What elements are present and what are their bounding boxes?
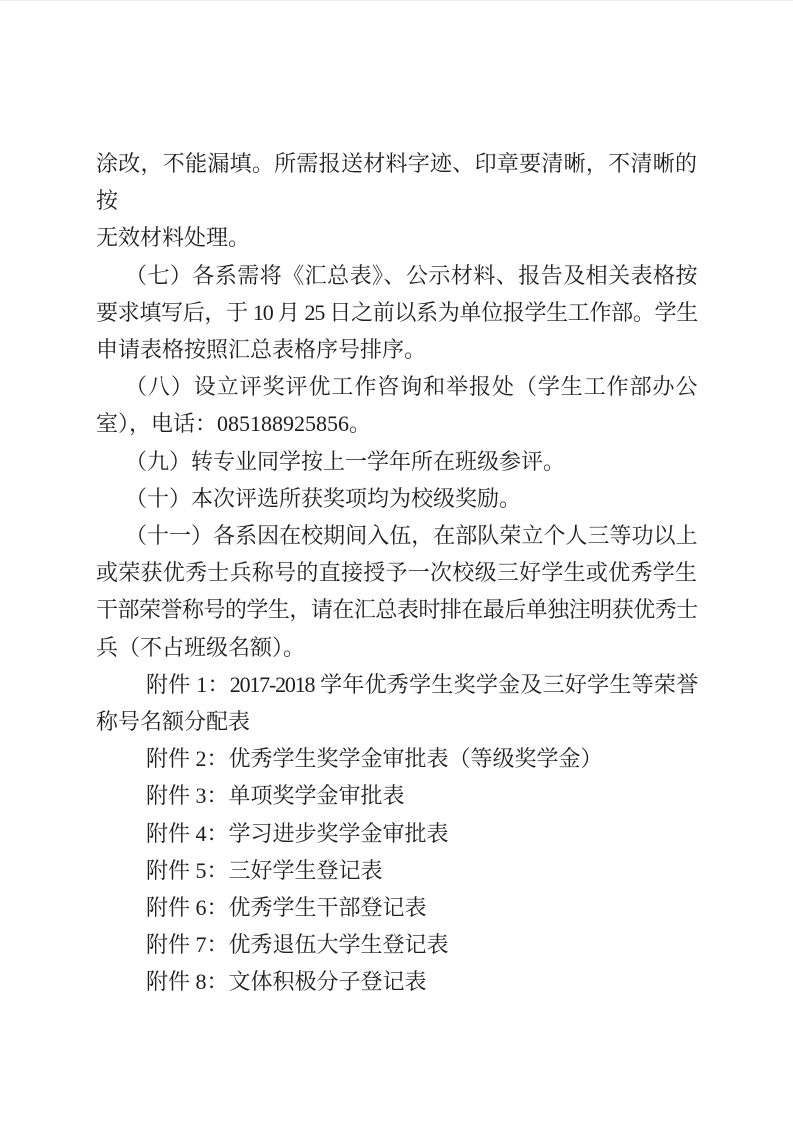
text-line: 室），电话：085188925856。 <box>96 405 697 442</box>
text-line: 涂改，不能漏填。所需报送材料字迹、印章要清晰，不清晰的按 <box>96 145 697 219</box>
text-line: 或荣获优秀士兵称号的直接授予一次校级三好学生或优秀学生 <box>96 554 697 591</box>
text-line: 附件 6：优秀学生干部登记表 <box>96 889 697 926</box>
text-line: 兵（不占班级名额）。 <box>96 629 697 666</box>
text-line: 附件 5：三好学生登记表 <box>96 852 697 889</box>
text-line: （十）本次评选所获奖项均为校级奖励。 <box>96 480 697 517</box>
text-line: 附件 8：文体积极分子登记表 <box>96 963 697 1000</box>
text-line: 干部荣誉称号的学生，请在汇总表时排在最后单独注明获优秀士 <box>96 591 697 628</box>
text-line: 附件 4：学习进步奖学金审批表 <box>96 815 697 852</box>
page-top-edge <box>0 0 793 1</box>
text-line: 申请表格按照汇总表格序号排序。 <box>96 331 697 368</box>
text-line: （九）转专业同学按上一学年所在班级参评。 <box>96 443 697 480</box>
text-line: （十一）各系因在校期间入伍，在部队荣立个人三等功以上 <box>96 517 697 554</box>
text-line: （八）设立评奖评优工作咨询和举报处（学生工作部办公 <box>96 368 697 405</box>
text-line: （七）各系需将《汇总表》、公示材料、报告及相关表格按 <box>96 257 697 294</box>
text-line: 无效材料处理。 <box>96 219 697 256</box>
text-line: 附件 1：2017-2018 学年优秀学生奖学金及三好学生等荣誉 <box>96 666 697 703</box>
text-line: 要求填写后，于 10 月 25 日之前以系为单位报学生工作部。学生 <box>96 294 697 331</box>
text-line: 称号名额分配表 <box>96 703 697 740</box>
text-line: 附件 3：单项奖学金审批表 <box>96 777 697 814</box>
document-text-block: 涂改，不能漏填。所需报送材料字迹、印章要清晰，不清晰的按 无效材料处理。 （七）… <box>96 145 697 1001</box>
document-page: { "document": { "lines": [ "涂改，不能漏填。所需报送… <box>0 0 793 1122</box>
text-line: 附件 2：优秀学生奖学金审批表（等级奖学金） <box>96 740 697 777</box>
text-line: 附件 7：优秀退伍大学生登记表 <box>96 926 697 963</box>
